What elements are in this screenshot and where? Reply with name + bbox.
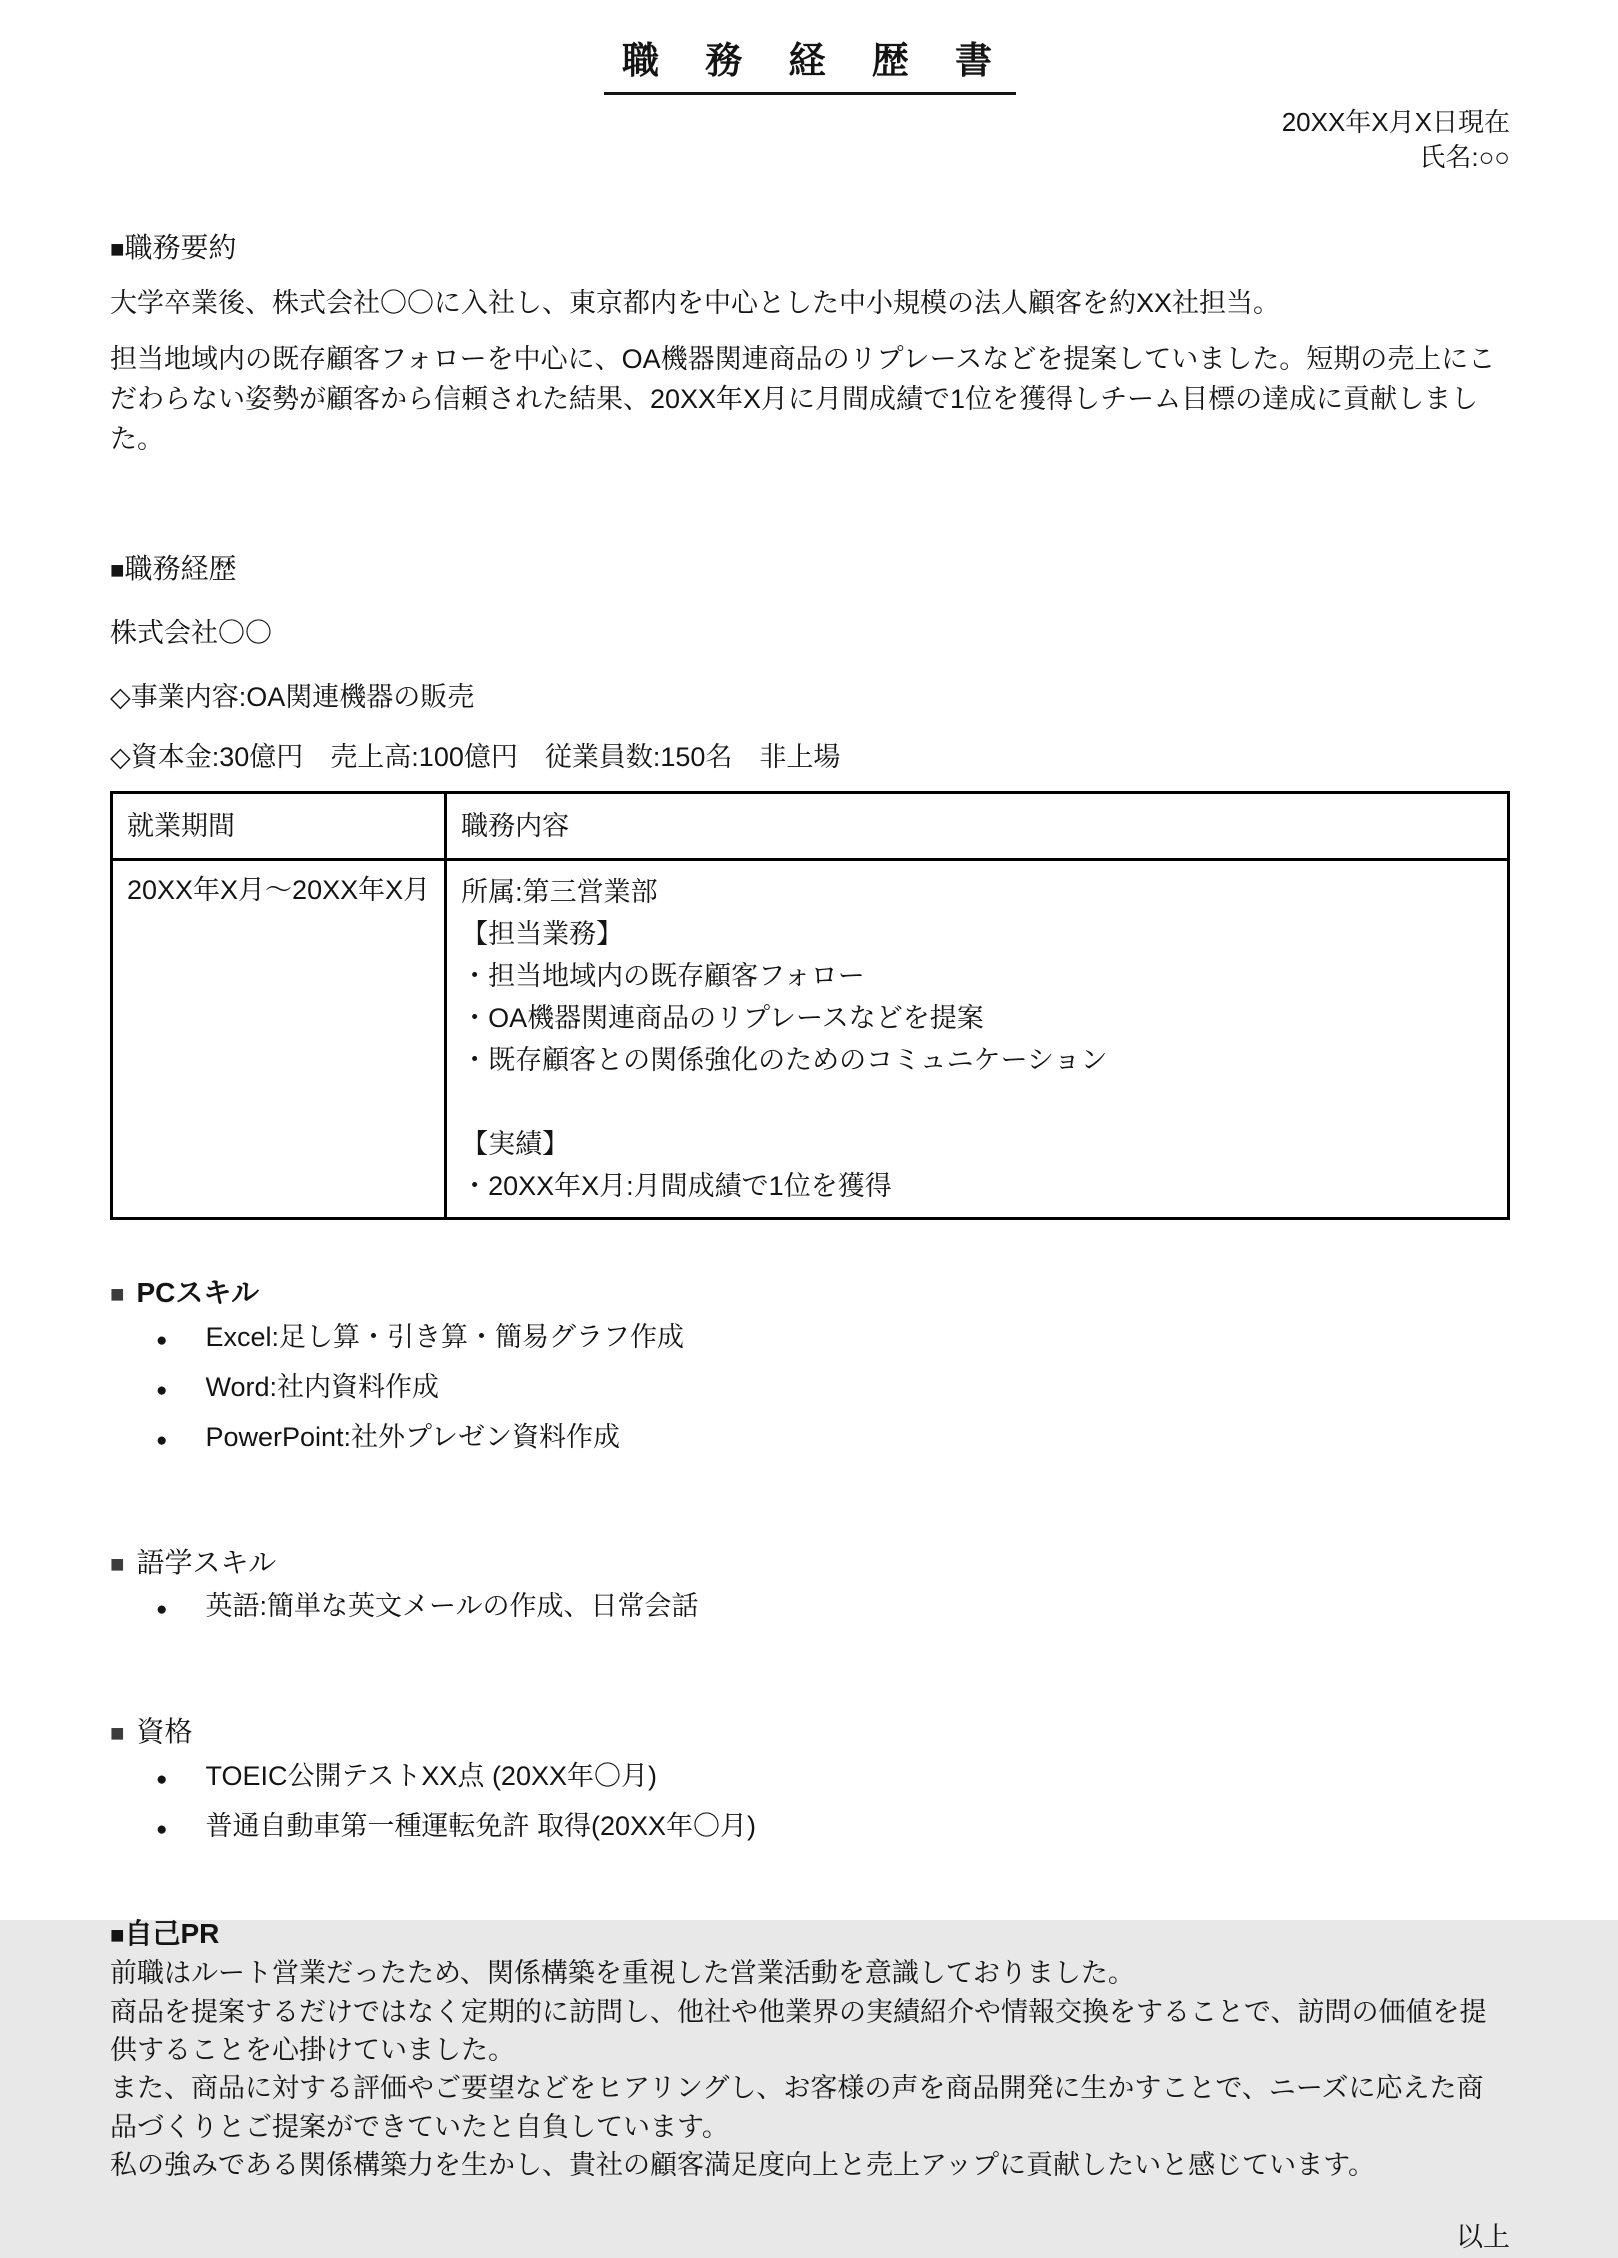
list-item: ●Word:社内資料作成 [110,1364,1510,1414]
title-wrap: 職 務 経 歴 書 [110,34,1510,95]
work-history-heading: ■職務経歴 [110,548,1510,589]
section-qualifications: ■資格 ●TOEIC公開テストXX点 (20XX年〇月) ●普通自動車第一種運転… [110,1711,1510,1852]
current-date-line: 20XX年X月X日現在 [110,105,1510,140]
list-item: ●PowerPoint:社外プレゼン資料作成 [110,1414,1510,1464]
list-item: ●普通自動車第一種運転免許 取得(20XX年〇月) [110,1803,1510,1853]
job-summary-paragraph-1: 大学卒業後、株式会社〇〇に入社し、東京都内を中心とした中小規模の法人顧客を約XX… [110,284,1510,324]
resume-document-page: 職 務 経 歴 書 20XX年X月X日現在 氏名:○○ ■職務要約 大学卒業後、… [0,0,1618,1920]
qualification-toeic: TOEIC公開テストXX点 (20XX年〇月) [205,1753,657,1799]
pc-skill-word: Word:社内資料作成 [205,1364,439,1410]
qualifications-heading-label: 資格 [137,1711,193,1752]
dot-bullet-icon: ● [156,1318,167,1364]
job-detail-line [461,1081,1493,1123]
section-job-summary: ■職務要約 大学卒業後、株式会社〇〇に入社し、東京都内を中心とした中小規模の法人… [110,227,1510,460]
business-description: ◇事業内容:OA関連機器の販売 [110,678,1510,718]
square-bullet-icon: ■ [110,1547,125,1583]
self-pr-line: 前職はルート営業だったため、関係構築を重視した営業活動を意識しておりました。 [110,1954,1510,1992]
list-item: ●TOEIC公開テストXX点 (20XX年〇月) [110,1753,1510,1803]
job-detail-line: 【担当業務】 [461,913,1493,955]
job-details-cell: 所属:第三営業部 【担当業務】 ・担当地域内の既存顧客フォロー ・OA機器関連商… [446,860,1509,1219]
employment-period: 20XX年X月〜20XX年X月 [112,860,446,1219]
qualification-drivers-license: 普通自動車第一種運転免許 取得(20XX年〇月) [205,1803,756,1849]
applicant-name-line: 氏名:○○ [110,140,1510,175]
self-pr-line: 私の強みである関係構築力を生かし、貴社の顧客満足度向上と売上アップに貢献したいと… [110,2146,1510,2184]
section-work-history: ■職務経歴 株式会社〇〇 ◇事業内容:OA関連機器の販売 ◇資本金:30億円 売… [110,548,1510,1220]
self-pr-line: 商品を提案するだけではなく定期的に訪問し、他社や他業界の実績紹介や情報交換をする… [110,1993,1510,2070]
language-skills-heading-label: 語学スキル [137,1542,277,1583]
section-pc-skills: ■PCスキル ●Excel:足し算・引き算・簡易グラフ作成 ●Word:社内資料… [110,1272,1510,1463]
job-detail-line: 【実績】 [461,1123,1493,1165]
job-detail-line: ・OA機器関連商品のリプレースなどを提案 [461,997,1493,1039]
job-summary-paragraph-2: 担当地域内の既存顧客フォローを中心に、OA機器関連商品のリプレースなどを提案して… [110,340,1510,460]
work-history-table: 就業期間 職務内容 20XX年X月〜20XX年X月 所属:第三営業部 【担当業務… [110,791,1510,1220]
dot-bullet-icon: ● [156,1418,167,1464]
job-detail-line: ・既存顧客との関係強化のためのコミュニケーション [461,1039,1493,1081]
self-pr-heading: ■自己PR [110,1913,1510,1954]
pc-skill-excel: Excel:足し算・引き算・簡易グラフ作成 [205,1314,684,1360]
pc-skills-heading: ■PCスキル [110,1272,1510,1313]
list-item: ●Excel:足し算・引き算・簡易グラフ作成 [110,1314,1510,1364]
job-summary-heading-label: 職務要約 [125,227,237,268]
job-summary-heading: ■職務要約 [110,227,1510,268]
company-stats: ◇資本金:30億円 売上高:100億円 従業員数:150名 非上場 [110,738,1510,778]
pc-skills-heading-label: PCスキル [137,1272,260,1313]
section-self-pr: ■自己PR 前職はルート営業だったため、関係構築を重視した営業活動を意識しており… [110,1913,1510,2184]
language-skills-heading: ■語学スキル [110,1542,1510,1583]
closing-label: 以上 [110,2218,1510,2258]
job-detail-line: ・担当地域内の既存顧客フォロー [461,955,1493,997]
column-header-period: 就業期間 [112,793,446,860]
table-header-row: 就業期間 職務内容 [112,793,1509,860]
language-skill-english: 英語:簡単な英文メールの作成、日常会話 [205,1583,698,1629]
square-bullet-icon: ■ [110,1277,125,1313]
dot-bullet-icon: ● [156,1757,167,1803]
self-pr-line: また、商品に対する評価やご要望などをヒアリングし、お客様の声を商品開発に生かすこ… [110,2069,1510,2146]
dot-bullet-icon: ● [156,1587,167,1633]
square-bullet-icon: ■ [110,1716,125,1752]
job-detail-line: 所属:第三営業部 [461,871,1493,913]
square-bullet-icon: ■ [110,553,125,589]
qualifications-heading: ■資格 [110,1711,1510,1752]
job-detail-line: ・20XX年X月:月間成績で1位を獲得 [461,1165,1493,1207]
dot-bullet-icon: ● [156,1368,167,1414]
column-header-duties: 職務内容 [446,793,1509,860]
page-title: 職 務 経 歴 書 [604,34,1016,95]
dot-bullet-icon: ● [156,1807,167,1853]
self-pr-heading-label: 自己PR [125,1913,220,1954]
section-language-skills: ■語学スキル ●英語:簡単な英文メールの作成、日常会話 [110,1542,1510,1633]
square-bullet-icon: ■ [110,232,125,268]
table-row: 20XX年X月〜20XX年X月 所属:第三営業部 【担当業務】 ・担当地域内の既… [112,860,1509,1219]
list-item: ●英語:簡単な英文メールの作成、日常会話 [110,1583,1510,1633]
pc-skill-powerpoint: PowerPoint:社外プレゼン資料作成 [205,1414,620,1460]
square-bullet-icon: ■ [110,1918,125,1954]
date-name-block: 20XX年X月X日現在 氏名:○○ [110,105,1510,175]
work-history-heading-label: 職務経歴 [125,548,237,589]
company-name: 株式会社〇〇 [110,614,1510,654]
